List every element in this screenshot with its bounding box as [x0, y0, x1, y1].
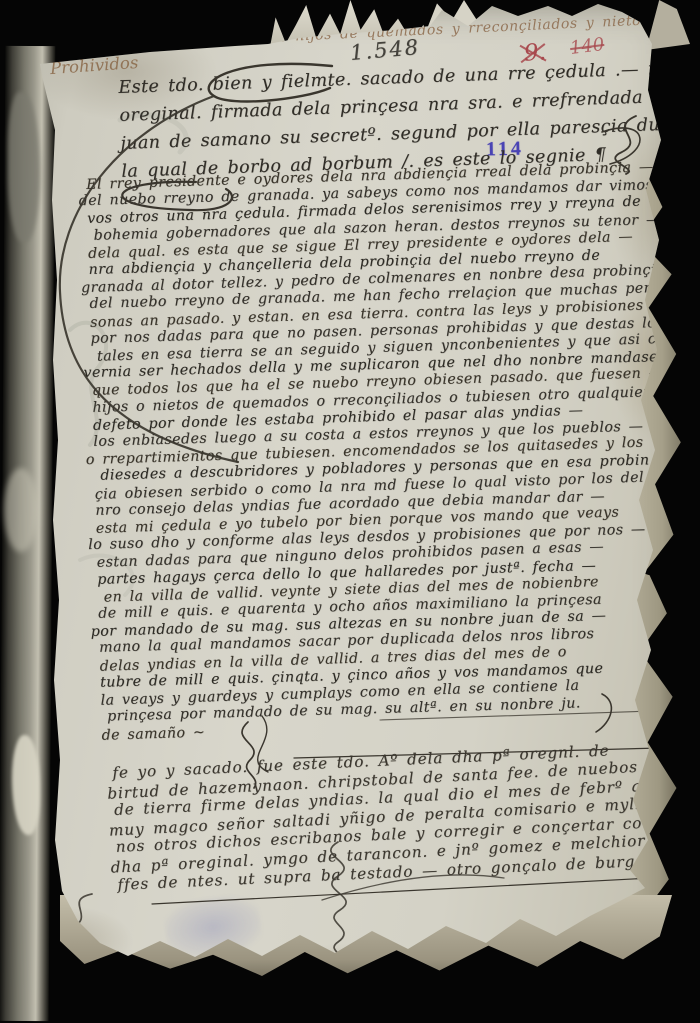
photographed-manuscript: para q se hechen deste rno los hijos de …	[0, 0, 700, 1023]
torn-paper-fragment	[646, 0, 690, 50]
attestation-paragraph: fe yo y sacado. fue este tdo. Aº dela dh…	[112, 739, 669, 894]
struck-red-number: 140	[569, 34, 606, 59]
manuscript-page: para q se hechen deste rno los hijos de …	[0, 0, 700, 1023]
year-annotation: 1.548	[349, 35, 421, 65]
spine-wear-patch	[4, 468, 38, 552]
body-paragraph: El rrey presidente e oydores dela nra ab…	[86, 160, 667, 743]
